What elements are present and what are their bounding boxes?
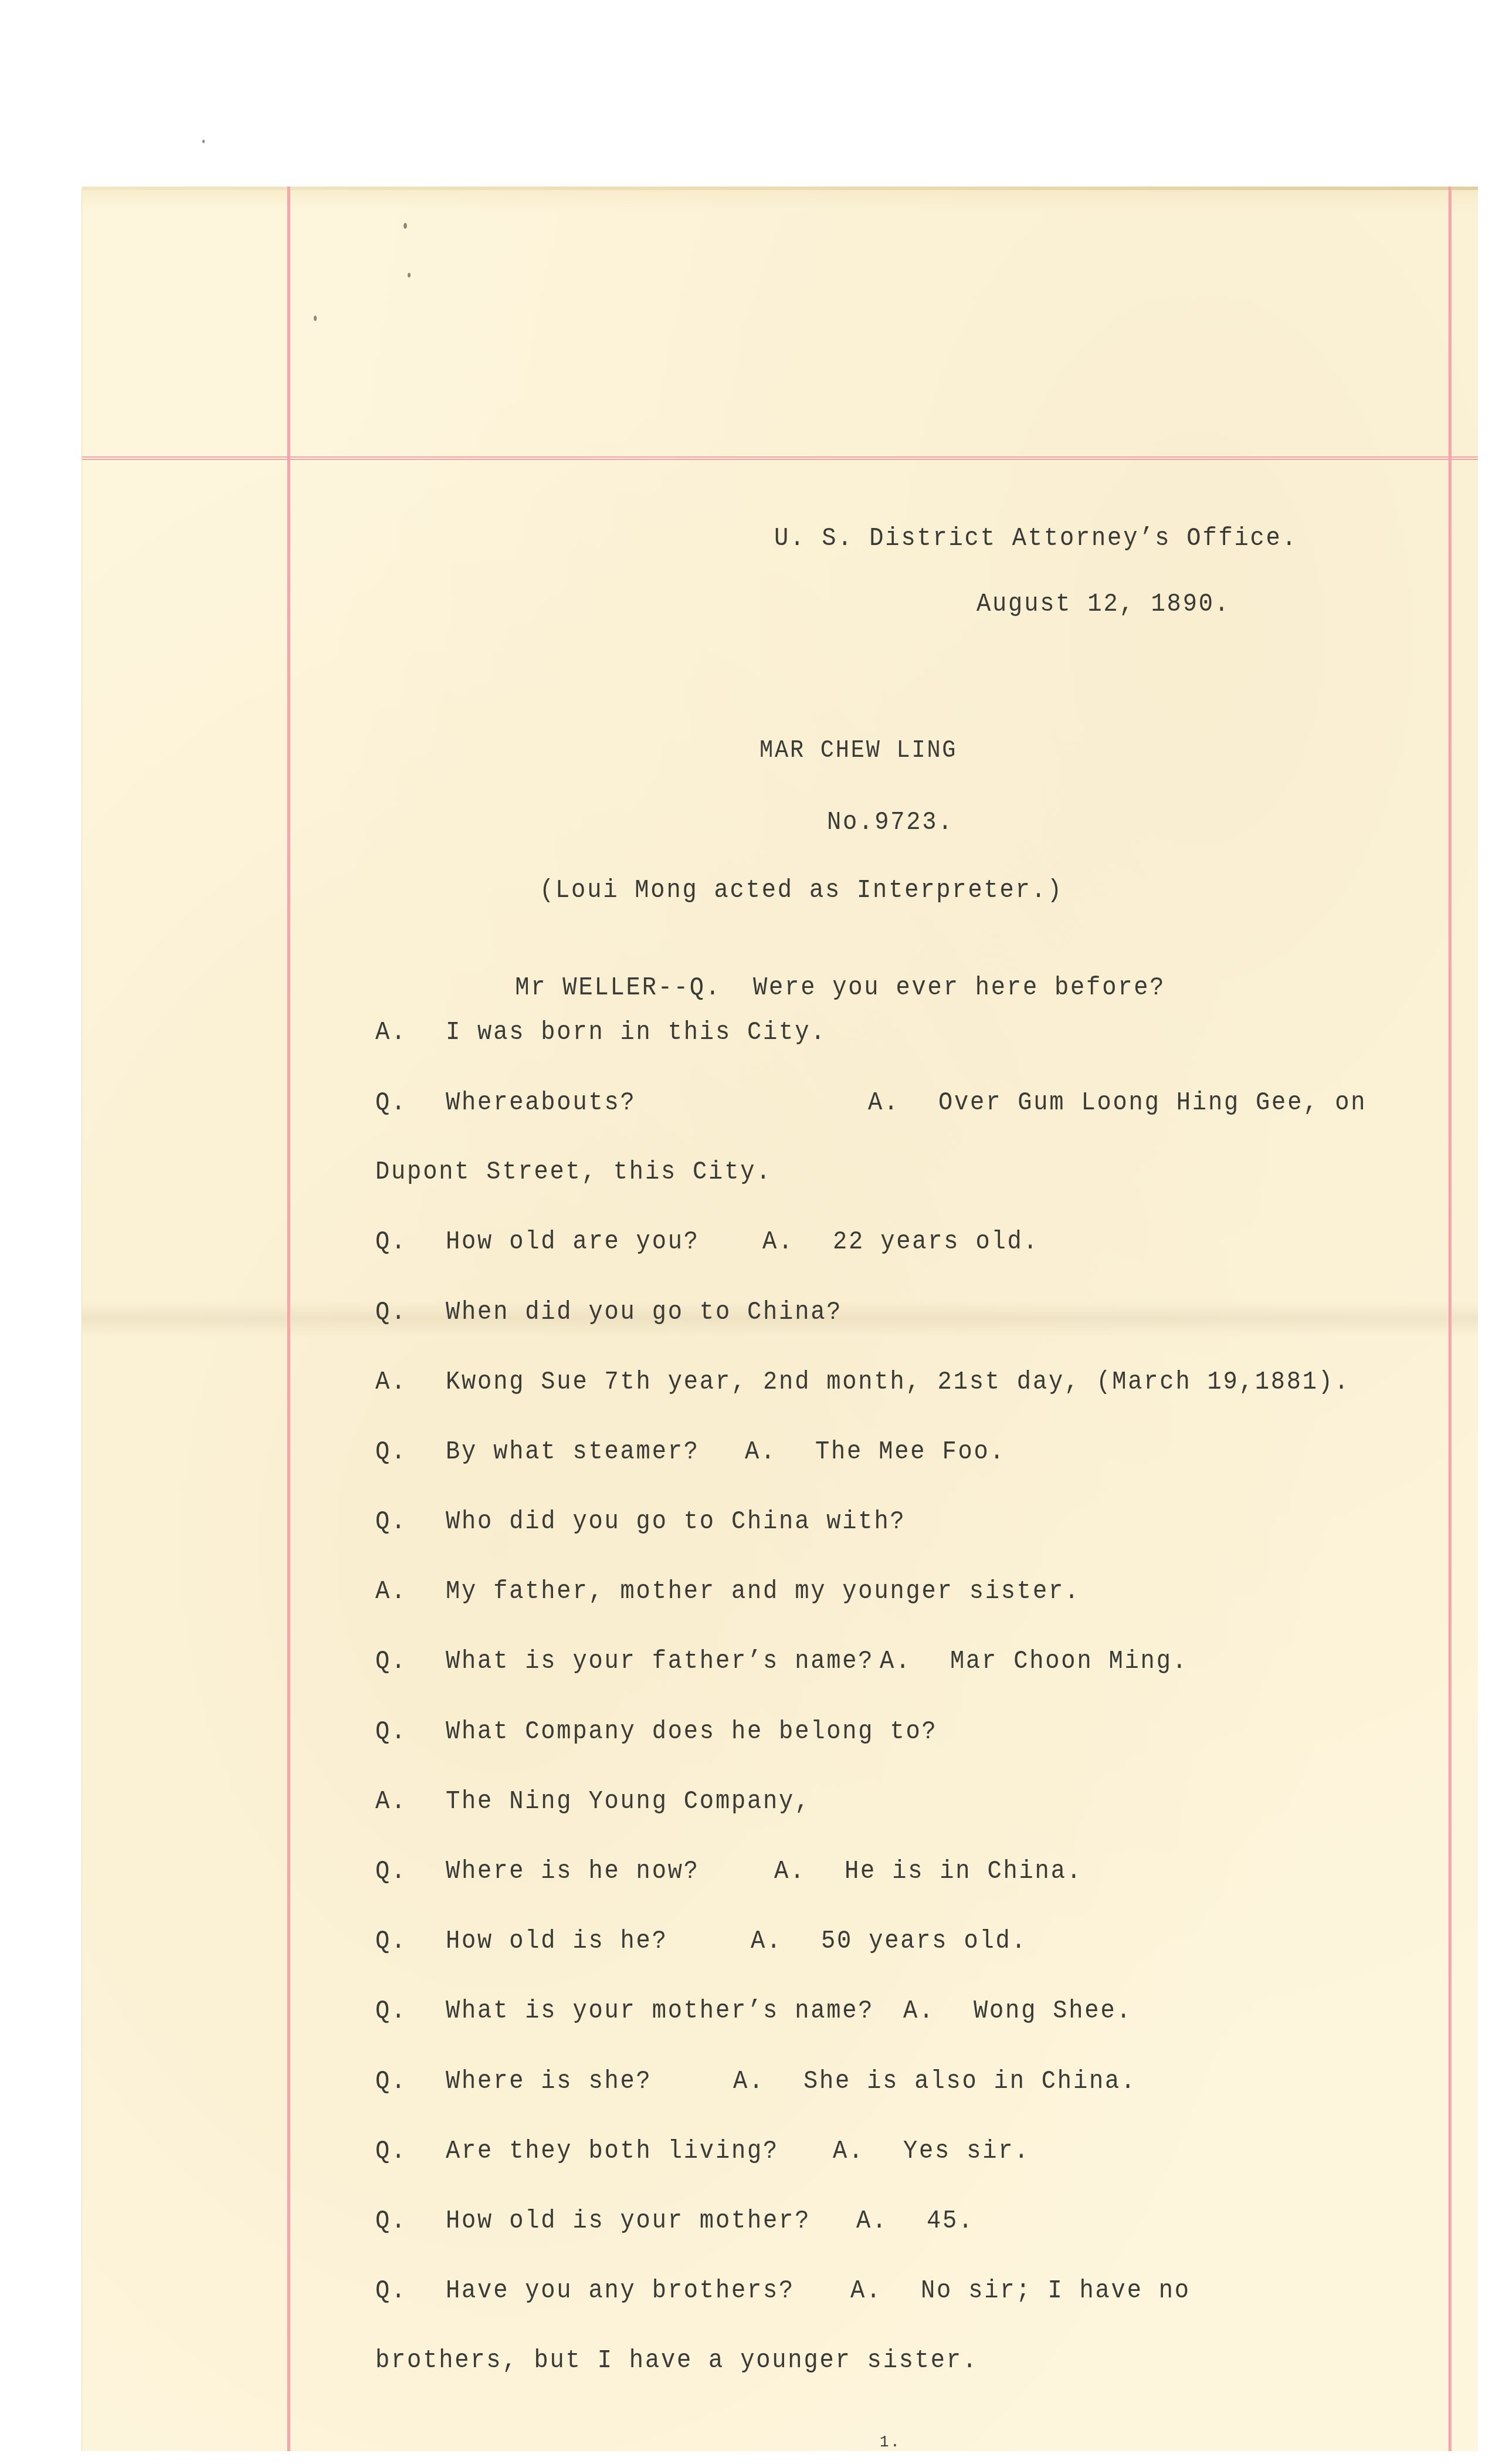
- answer-text: No sir; I have no: [921, 2278, 1191, 2304]
- question-text: Are they both living?: [446, 2138, 779, 2164]
- question-text: How old is he?: [446, 1928, 668, 1954]
- question-label: Q.: [375, 1928, 407, 1954]
- question-text: Whereabouts?: [446, 1090, 636, 1116]
- header-rule: [82, 456, 1478, 460]
- page-number: 1.: [880, 2435, 901, 2451]
- question-text: Who did you go to China with?: [446, 1509, 906, 1535]
- answer-text: Over Gum Loong Hing Gee, on: [938, 1090, 1366, 1116]
- question-label: Q.: [375, 1229, 407, 1255]
- question-text: By what steamer?: [446, 1439, 700, 1465]
- answer-text: 22 years old.: [833, 1229, 1039, 1255]
- examiner-question: Were you ever here before?: [753, 973, 1165, 1003]
- case-name: MAR CHEW LING: [759, 738, 957, 763]
- ink-speck: [408, 273, 411, 277]
- answer-label: A.: [733, 2069, 765, 2094]
- answer-text: My father, mother and my younger sister.: [446, 1579, 1080, 1605]
- answer-text: 45.: [927, 2208, 974, 2234]
- left-margin-rule: [287, 187, 290, 2451]
- answer-label: A.: [868, 1090, 900, 1116]
- answer-text: Wong Shee.: [974, 1998, 1132, 2024]
- office-heading: U. S. District Attorney’s Office.: [774, 526, 1298, 551]
- answer-text: The Mee Foo.: [815, 1439, 1006, 1465]
- question-text: What is your father’s name?: [446, 1649, 874, 1674]
- answer-label: A.: [375, 1789, 407, 1815]
- question-text: How old is your mother?: [446, 2208, 811, 2234]
- question-label: Q.: [375, 1090, 407, 1116]
- right-margin-rule: [1449, 187, 1452, 2451]
- answer-label: A.: [903, 1998, 935, 2024]
- ink-speck: [403, 223, 407, 229]
- answer-label: A.: [856, 2208, 888, 2234]
- answer-text: The Ning Young Company,: [446, 1789, 811, 1815]
- question-text: Have you any brothers?: [446, 2278, 795, 2304]
- document-page: U. S. District Attorney’s Office. August…: [82, 187, 1478, 2451]
- question-text: How old are you?: [446, 1229, 700, 1255]
- examiner-line: Mr WELLER--Q. Were you ever here before?: [452, 949, 1165, 1027]
- answer-label: A.: [375, 1020, 407, 1045]
- question-label: Q.: [375, 1439, 407, 1465]
- answer-label: A.: [745, 1439, 776, 1465]
- case-number: No.9723.: [827, 810, 954, 835]
- answer-text: Yes sir.: [903, 2138, 1030, 2164]
- interpreter-note: (Loui Mong acted as Interpreter.): [540, 878, 1063, 903]
- continuation-text: Dupont Street, this City.: [375, 1159, 772, 1185]
- page-edge: [82, 187, 1478, 190]
- question-label: Q.: [375, 2138, 407, 2164]
- question-label: Q.: [375, 2069, 407, 2094]
- question-text: Where is she?: [446, 2069, 652, 2094]
- answer-text: He is in China.: [845, 1859, 1083, 1884]
- question-label: Q.: [375, 1998, 407, 2024]
- examiner-name: Mr WELLER--Q.: [515, 973, 721, 1003]
- question-text: What Company does he belong to?: [446, 1719, 938, 1745]
- question-label: Q.: [375, 2208, 407, 2234]
- question-label: Q.: [375, 1299, 407, 1325]
- question-label: Q.: [375, 1649, 407, 1674]
- answer-label: A.: [774, 1859, 806, 1884]
- continuation-text: brothers, but I have a younger sister.: [375, 2348, 978, 2374]
- question-label: Q.: [375, 1509, 407, 1535]
- answer-text: I was born in this City.: [446, 1020, 826, 1045]
- answer-label: A.: [833, 2138, 864, 2164]
- answer-label: A.: [375, 1369, 407, 1395]
- ink-speck: [202, 140, 205, 143]
- answer-label: A.: [762, 1229, 794, 1255]
- question-text: When did you go to China?: [446, 1299, 842, 1325]
- answer-label: A.: [751, 1928, 782, 1954]
- question-label: Q.: [375, 1859, 407, 1884]
- answer-label: A.: [880, 1649, 911, 1674]
- question-label: Q.: [375, 1719, 407, 1745]
- answer-text: She is also in China.: [803, 2069, 1137, 2094]
- answer-text: Mar Choon Ming.: [950, 1649, 1188, 1674]
- answer-label: A.: [375, 1579, 407, 1605]
- ink-speck: [314, 316, 317, 321]
- answer-text: 50 years old.: [821, 1928, 1028, 1954]
- answer-label: A.: [850, 2278, 882, 2304]
- document-date: August 12, 1890.: [976, 591, 1230, 617]
- question-text: What is your mother’s name?: [446, 1998, 874, 2024]
- question-text: Where is he now?: [446, 1859, 700, 1884]
- answer-text: Kwong Sue 7th year, 2nd month, 21st day,…: [446, 1369, 1350, 1395]
- question-label: Q.: [375, 2278, 407, 2304]
